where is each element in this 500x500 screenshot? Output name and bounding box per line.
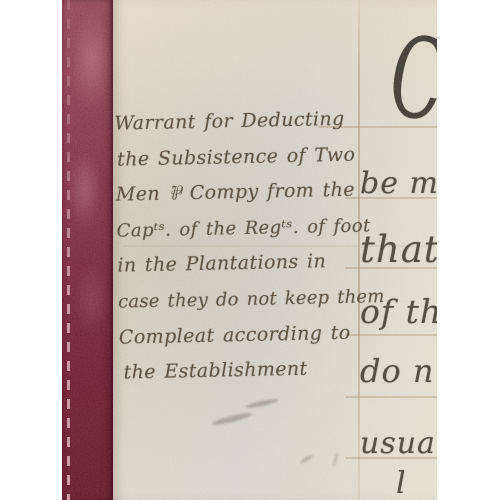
- ink-smudge: [299, 453, 314, 464]
- spine-stitching: [67, 0, 70, 500]
- ink-smudge: [245, 398, 279, 410]
- margin-note-line: the Establishment: [119, 350, 372, 391]
- ink-smudge: [332, 452, 339, 467]
- margin-note-line: in the Plantations in: [117, 244, 370, 285]
- entry-fragment: of th: [360, 292, 437, 331]
- margin-note-line: Men ⅌ Compy from the: [116, 173, 369, 214]
- manuscript-photo: Warrant for Deducting the Subsistence of…: [62, 0, 437, 500]
- entry-fragment: do n: [360, 352, 435, 390]
- entry-fragment: be m: [360, 166, 437, 201]
- book-spine: [62, 0, 113, 500]
- margin-note-line: the Subsistence of Two: [115, 137, 368, 178]
- margin-note-line: Capᵗˢ. of the Regᵗˢ. of foot: [116, 208, 369, 249]
- page-paper: Warrant for Deducting the Subsistence of…: [113, 0, 437, 500]
- margin-note: Warrant for Deducting the Subsistence of…: [114, 101, 372, 391]
- entry-fragment: usua: [360, 426, 436, 461]
- margin-note-line: case they do not keep them: [118, 279, 371, 320]
- margin-note-line: Warrant for Deducting: [114, 101, 367, 142]
- ink-smudge: [211, 411, 253, 427]
- photo-background: Warrant for Deducting the Subsistence of…: [0, 0, 500, 500]
- capital-initial: C: [388, 20, 437, 139]
- margin-note-line: Compleat according to: [119, 315, 372, 356]
- entry-fragment: l: [396, 466, 407, 500]
- entry-fragment: that: [360, 228, 437, 271]
